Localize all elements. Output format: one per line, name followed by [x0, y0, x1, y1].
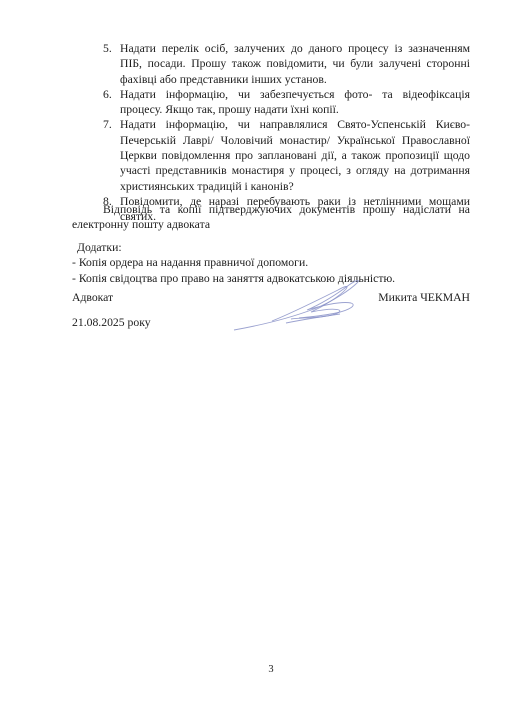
list-item-number: 5. — [72, 41, 120, 87]
list-item: 5. Надати перелік осіб, залучених до дан… — [72, 41, 470, 87]
attachment-line: - Копія свідоцтва про право на заняття а… — [72, 271, 470, 286]
signature-stroke — [286, 314, 340, 323]
attachments-heading: Додатки: — [72, 240, 470, 255]
document-date: 21.08.2025 року — [72, 315, 151, 330]
list-item-number: 7. — [72, 117, 120, 193]
list-item: 6. Надати інформацію, чи забезпечується … — [72, 87, 470, 118]
list-item-text: Надати інформацію, чи забезпечується фот… — [120, 87, 470, 118]
closing-paragraph: Відповідь та копії підтверджуючих докуме… — [72, 202, 470, 233]
attachment-line: - Копія ордера на надання правничої допо… — [72, 255, 470, 270]
list-item-number: 6. — [72, 87, 120, 118]
signature-role: Адвокат — [72, 290, 113, 305]
signature-row: Адвокат Микита ЧЕКМАН — [72, 290, 470, 305]
numbered-list: 5. Надати перелік осіб, залучених до дан… — [72, 41, 470, 225]
list-item: 7. Надати інформацію, чи направлялися Св… — [72, 117, 470, 193]
signature-name: Микита ЧЕКМАН — [378, 290, 470, 305]
document-page: 5. Надати перелік осіб, залучених до дан… — [0, 0, 509, 720]
page-number: 3 — [72, 662, 470, 677]
list-item-text: Надати перелік осіб, залучених до даного… — [120, 41, 470, 87]
list-item-text: Надати інформацію, чи направлялися Свято… — [120, 117, 470, 193]
attachments-section: Додатки: - Копія ордера на надання правн… — [72, 240, 470, 286]
